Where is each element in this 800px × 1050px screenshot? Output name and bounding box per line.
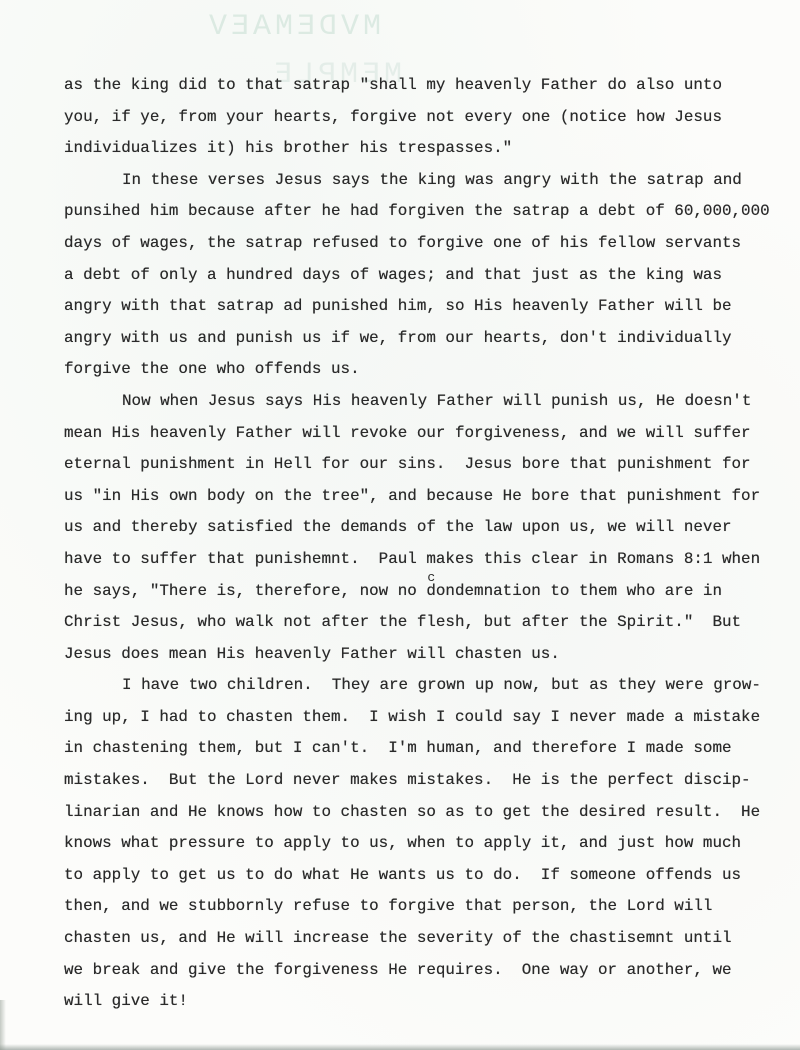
text-line: us and thereby satisfied the demands of …: [64, 512, 784, 544]
paragraph: I have two children. They are grown up n…: [64, 670, 784, 1018]
text-line: will give it!: [64, 986, 784, 1018]
text-line: angry with that satrap ad punished him, …: [64, 291, 784, 323]
text-line: angry with us and punish us if we, from …: [64, 323, 784, 355]
text-line: then, and we stubbornly refuse to forgiv…: [64, 891, 784, 923]
text-line: we break and give the forgiveness He req…: [64, 955, 784, 987]
text-line: knows what pressure to apply to us, when…: [64, 828, 784, 860]
paragraph: as the king did to that satrap "shall my…: [64, 70, 784, 165]
text-line: a debt of only a hundred days of wages; …: [64, 260, 784, 292]
paragraph: Now when Jesus says His heavenly Father …: [64, 386, 784, 670]
text-line: mean His heavenly Father will revoke our…: [64, 418, 784, 450]
page-bottom-edge: [0, 1044, 800, 1050]
text-line: I have two children. They are grown up n…: [64, 670, 784, 702]
text-line: linarian and He knows how to chasten so …: [64, 797, 784, 829]
page-left-edge: [0, 1000, 6, 1050]
text-line: have to suffer that punishemnt. Paul mak…: [64, 544, 784, 576]
text-line: ing up, I had to chasten them. I wish I …: [64, 702, 784, 734]
text-line: In these verses Jesus says the king was …: [64, 165, 784, 197]
text-line: to apply to get us to do what He wants u…: [64, 860, 784, 892]
text-line: us "in His own body on the tree", and be…: [64, 481, 784, 513]
text-line: Christ Jesus, who walk not after the fle…: [64, 607, 784, 639]
text-line: in chastening them, but I can't. I'm hum…: [64, 733, 784, 765]
text-line: eternal punishment in Hell for our sins.…: [64, 449, 784, 481]
text-line: punsihed him because after he had forgiv…: [64, 196, 784, 228]
text-line: mistakes. But the Lord never makes mista…: [64, 765, 784, 797]
bleed-through-text: MVDEMAEV: [205, 10, 381, 44]
text-line: forgive the one who offends us.: [64, 354, 784, 386]
document-body: as the king did to that satrap "shall my…: [64, 70, 784, 1018]
text-line: you, if ye, from your hearts, forgive no…: [64, 102, 784, 134]
text-line: Now when Jesus says His heavenly Father …: [64, 386, 784, 418]
text-line: he says, "There is, therefore, now no do…: [64, 576, 784, 608]
text-line: individualizes it) his brother his tresp…: [64, 133, 784, 165]
paragraph: In these verses Jesus says the king was …: [64, 165, 784, 386]
typewritten-page: MVDEMAEV MEMPLE as the king did to that …: [0, 0, 800, 1050]
text-line: chasten us, and He will increase the sev…: [64, 923, 784, 955]
handwritten-correction: c: [427, 570, 435, 585]
text-line: as the king did to that satrap "shall my…: [64, 70, 784, 102]
text-line: days of wages, the satrap refused to for…: [64, 228, 784, 260]
text-line: Jesus does mean His heavenly Father will…: [64, 639, 784, 671]
